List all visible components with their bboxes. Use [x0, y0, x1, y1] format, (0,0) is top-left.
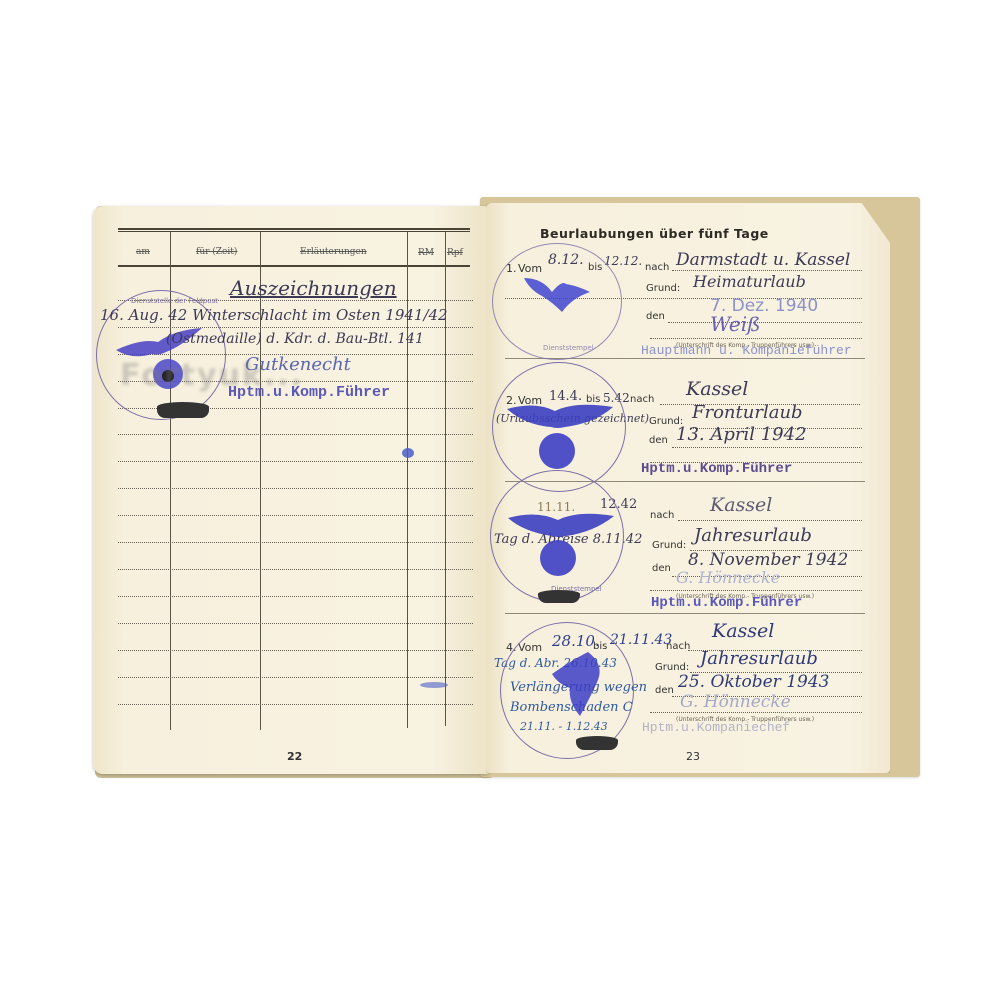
stamp-swastika-redacted: [538, 590, 580, 603]
column-header-erlaeuterungen: Erläuterungen: [300, 247, 367, 257]
ink-blot: [402, 448, 414, 458]
entry-line-1: 16. Aug. 42 Winterschlacht im Osten 1941…: [100, 306, 448, 324]
column-header-rpf: Rpf: [447, 248, 463, 258]
page-title: Beurlaubungen über fünf Tage: [540, 226, 769, 241]
column-header-am: am: [136, 247, 150, 257]
entry-line-2: (Ostmedaille) d. Kdr. d. Bau-Btl. 141: [166, 331, 424, 347]
header-top-rule: [118, 228, 470, 230]
eagle-stamp-icon: [548, 650, 608, 720]
eagle-stamp-icon: [505, 395, 615, 475]
column-header-rm: RM: [418, 248, 434, 258]
column-header-zeit: für (Zeit): [196, 247, 237, 257]
eagle-stamp-icon: [522, 272, 592, 317]
stamp-swastika-redacted: [157, 402, 209, 418]
eagle-stamp-icon: [506, 508, 616, 588]
page-number-22: 22: [287, 750, 302, 763]
stamp-swastika-redacted: [576, 736, 618, 750]
page-number-23: 23: [686, 750, 700, 763]
watermark: Fortyuk...: [120, 358, 304, 393]
ink-blot: [420, 682, 448, 688]
heading-auszeichnungen: Auszeichnungen: [230, 276, 397, 300]
